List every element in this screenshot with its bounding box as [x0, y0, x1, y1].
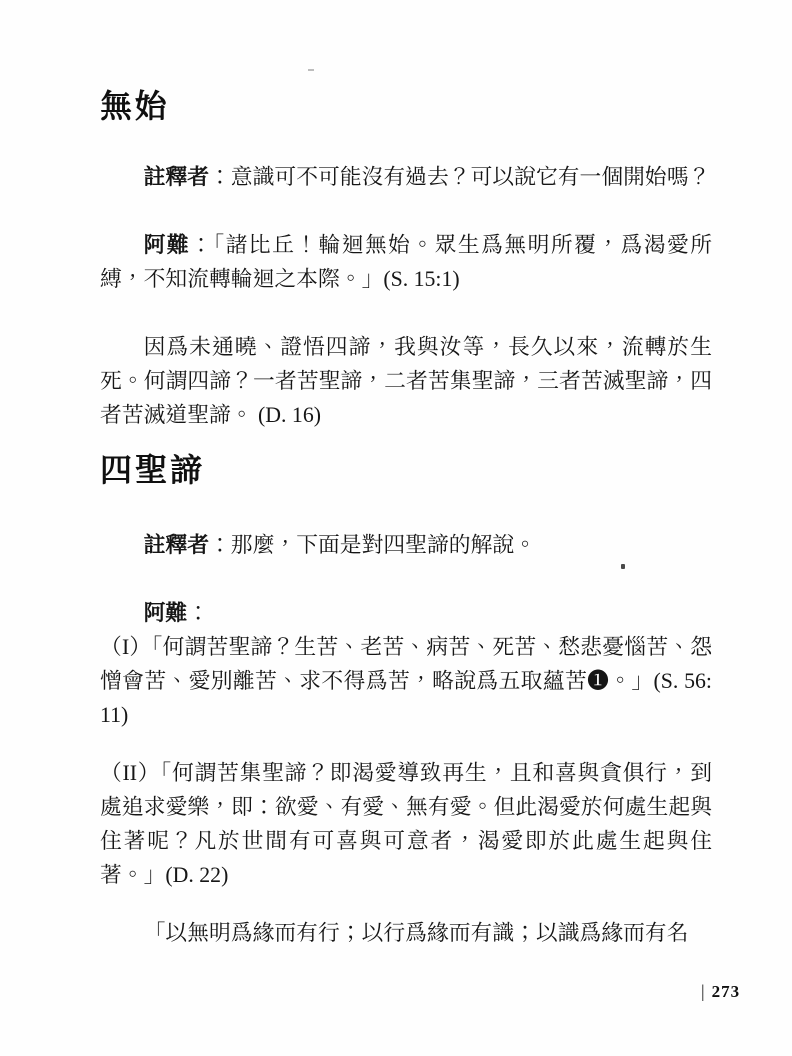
paragraph: 註釋者：那麼，下面是對四聖諦的解說。	[100, 528, 712, 562]
page-content: 無始 註釋者：意識可不可能沒有過去？可以說它有一個開始嗎？ 阿難：「諸比丘！輪迴…	[100, 88, 712, 950]
paragraph-text: ：	[187, 601, 209, 625]
page-footer: | 273	[701, 981, 740, 1002]
paragraph-text: 「以無明爲緣而有行；以行爲緣而有識；以識爲緣而有名	[144, 921, 689, 945]
paragraph-text: ：意識可不可能沒有過去？可以說它有一個開始嗎？	[209, 165, 710, 189]
page-number: 273	[712, 982, 741, 1002]
paragraph: 「以無明爲緣而有行；以行爲緣而有識；以識爲緣而有名	[100, 916, 712, 950]
paragraph: 註釋者：意識可不可能沒有過去？可以說它有一個開始嗎？	[100, 160, 712, 194]
speaker-name: 註釋者	[144, 165, 209, 189]
paragraph-text: （II）「何謂苦集聖諦？即渴愛導致再生，且和喜與貪俱行，到處追求愛樂，即：欲愛、…	[100, 761, 712, 887]
paragraph: 阿難：「諸比丘！輪迴無始。眾生爲無明所覆，爲渴愛所縛，不知流轉輪迴之本際。」(S…	[100, 228, 712, 296]
section-four-noble-truths: 四聖諦 註釋者：那麼，下面是對四聖諦的解說。 阿難： （I）「何謂苦聖諦？生苦、…	[100, 452, 712, 950]
speaker-name: 註釋者	[144, 533, 209, 557]
book-page: 無始 註釋者：意識可不可能沒有過去？可以說它有一個開始嗎？ 阿難：「諸比丘！輪迴…	[0, 0, 792, 1056]
section-no-beginning: 無始 註釋者：意識可不可能沒有過去？可以說它有一個開始嗎？ 阿難：「諸比丘！輪迴…	[100, 88, 712, 432]
section-heading: 四聖諦	[100, 452, 712, 488]
scan-dash-artifact	[308, 69, 314, 71]
paragraph: （II）「何謂苦集聖諦？即渴愛導致再生，且和喜與貪俱行，到處追求愛樂，即：欲愛、…	[100, 756, 712, 892]
paragraph-text: 因爲未通曉、證悟四諦，我與汝等，長久以來，流轉於生死。何謂四諦？一者苦聖諦，二者…	[100, 335, 712, 427]
section-heading: 無始	[100, 88, 712, 124]
paragraph-text: （I）「何謂苦聖諦？生苦、老苦、病苦、死苦、愁悲憂惱苦、怨憎會苦、愛別離苦、求不…	[100, 635, 712, 727]
paragraph: 阿難：	[100, 596, 712, 630]
paragraph-text: ：那麼，下面是對四聖諦的解說。	[209, 533, 536, 557]
paragraph-text: ：「諸比丘！輪迴無始。眾生爲無明所覆，爲渴愛所縛，不知流轉輪迴之本際。」(S. …	[100, 233, 712, 291]
page-number-divider: |	[701, 981, 705, 1002]
speaker-name: 阿難	[144, 233, 190, 257]
paragraph: 因爲未通曉、證悟四諦，我與汝等，長久以來，流轉於生死。何謂四諦？一者苦聖諦，二者…	[100, 330, 712, 432]
paragraph: （I）「何謂苦聖諦？生苦、老苦、病苦、死苦、愁悲憂惱苦、怨憎會苦、愛別離苦、求不…	[100, 630, 712, 732]
speaker-name: 阿難	[144, 601, 188, 625]
